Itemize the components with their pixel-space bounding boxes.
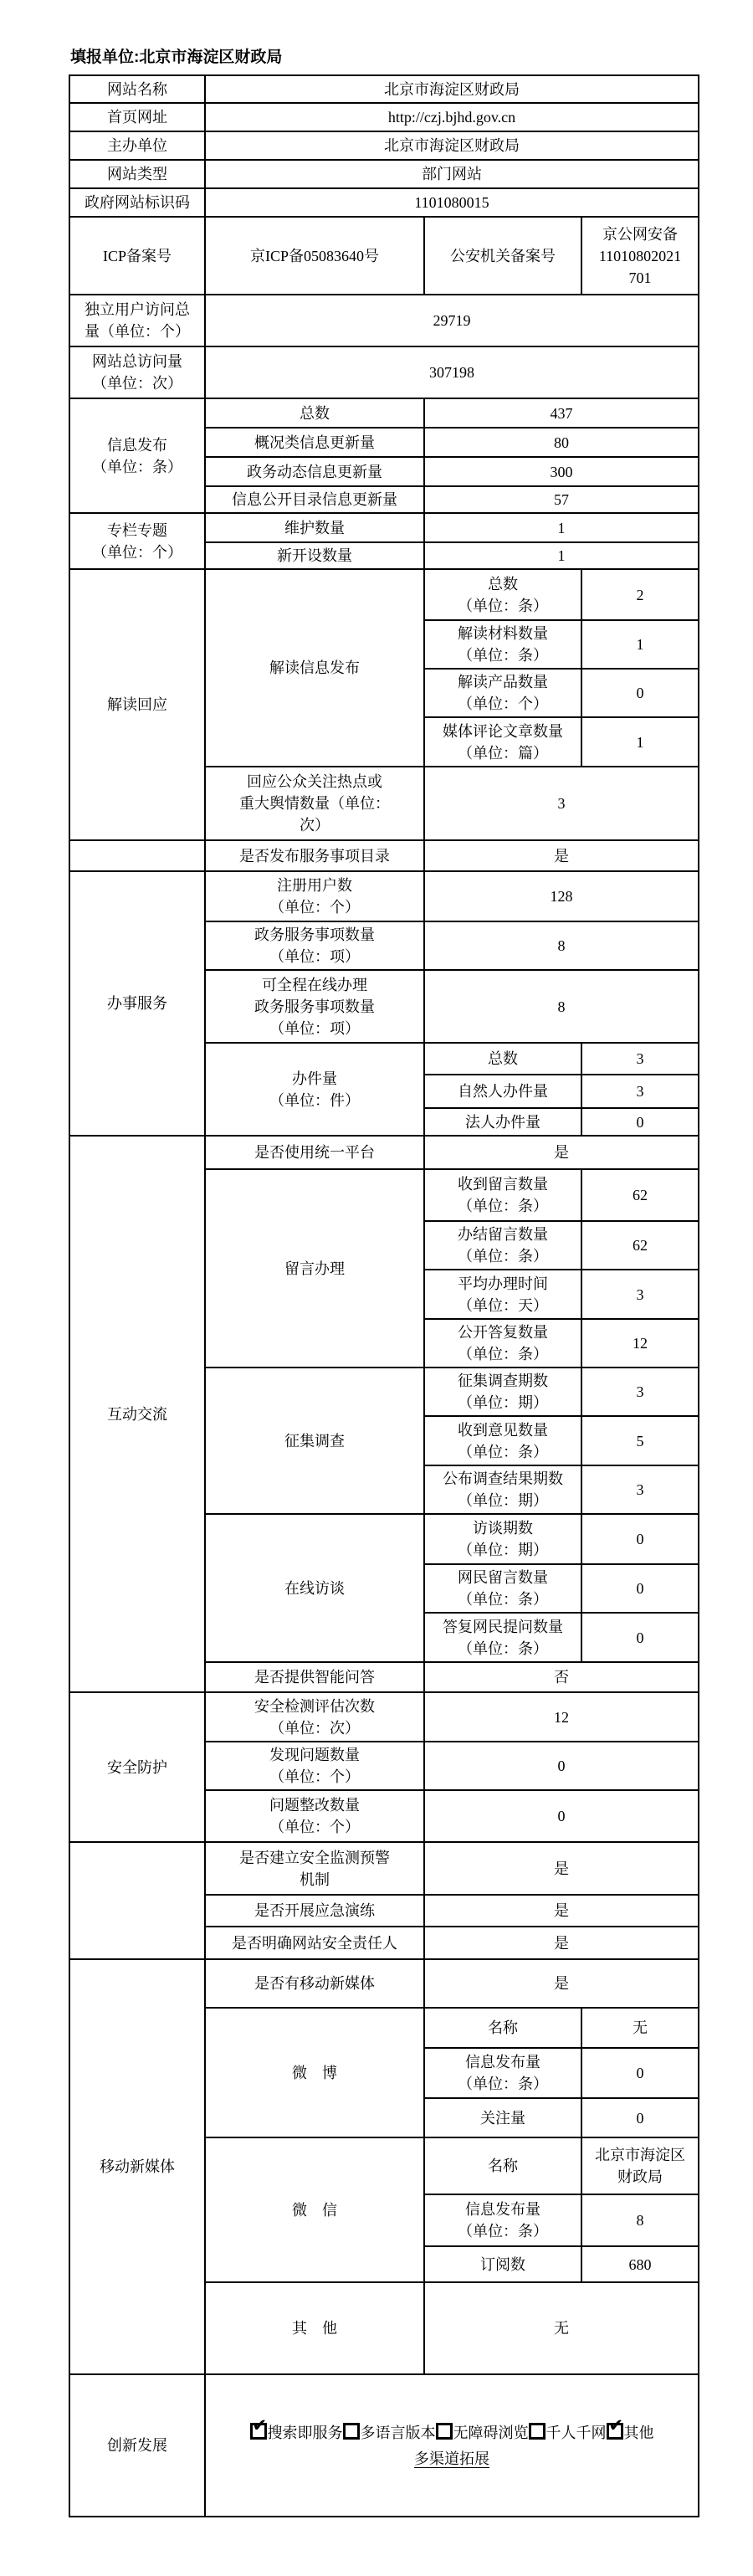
metric-label-cell: 征集调查期数 （单位：期） [424,1368,581,1416]
innovation-options: ✔搜索即服务多语言版本无障碍浏览千人千网✔其他 多渠道拓展 [209,2400,694,2491]
metric-value-cell: 12 [424,1692,699,1742]
innovation-option-label: 无障碍浏览 [453,2425,529,2441]
metric-value-cell: 437 [424,398,699,428]
metric-value-cell: 是 [424,1927,699,1959]
metric-label-cell: 收到留言数量 （单位：条） [424,1169,581,1221]
metric-value-cell: 3 [581,1368,699,1416]
metric-label-cell: 解读材料数量 （单位：条） [424,620,581,669]
innovation-option-label: 其他 [624,2425,654,2441]
metric-label-cell: 是否开展应急演练 [205,1895,424,1927]
metric-value-cell: 无 [424,2282,699,2374]
metric-value-cell: 是 [424,1842,699,1895]
annual-report-table: 网站名称 北京市海淀区财政局 首页网址 http://czj.bjhd.gov.… [69,74,699,2517]
sponsor-label-cell: 主办单位 [69,131,205,160]
metric-label-cell: 是否有移动新媒体 [205,1959,424,2008]
check-mark: ✔ [253,2417,268,2435]
metric-value-cell: 80 [424,428,699,457]
metric-value-cell: 3 [424,767,699,840]
metric-label-cell: 访谈期数 （单位：期） [424,1514,581,1564]
metric-label-cell: 办结留言数量 （单位：条） [424,1221,581,1270]
innovation-option: 多语言版本 [343,2425,436,2441]
innovation-option: 千人千网 [529,2425,607,2441]
metric-label-cell: 问题整改数量 （单位：个） [205,1790,424,1842]
metric-label-cell: 是否发布服务事项目录 [205,840,424,871]
home-url-label-cell: 首页网址 [69,103,205,131]
metric-value-cell: 0 [424,1790,699,1842]
icp-value-cell: 京ICP备05083640号 [205,217,424,295]
metric-label-cell: 信息发布量 （单位：条） [424,2048,581,2098]
metric-label-cell: 收到意见数量 （单位：条） [424,1416,581,1465]
services-cases-group-cell: 办件量 （单位：件） [205,1043,424,1136]
table-row: 网站总访问量 （单位：次） 307198 [69,346,699,398]
table-row: 网站类型 部门网站 [69,160,699,188]
interaction-interviews-group-cell: 在线访谈 [205,1514,424,1662]
metric-label-cell: 发现问题数量 （单位：个） [205,1742,424,1790]
innovation-option-label: 千人千网 [546,2425,607,2441]
metric-value-cell: 8 [424,921,699,970]
metric-value-cell: 是 [424,1959,699,2008]
table-row: 信息发布 （单位：条） 总数 437 [69,398,699,428]
report-unit-title: 填报单位:北京市海淀区财政局 [70,49,753,67]
icp-label-cell: ICP备案号 [69,217,205,295]
innovation-option-label: 多语言版本 [361,2425,436,2441]
section-mobile-media: 移动新媒体 [69,1959,205,2374]
report-page: 填报单位:北京市海淀区财政局 网站名称 北京市海淀区财政局 首页网址 http:… [0,0,753,2576]
section-interpretation: 解读回应 [69,569,205,840]
metric-value-cell: 62 [581,1169,699,1221]
metric-label-cell: 信息公开目录信息更新量 [205,486,424,513]
metric-value-cell: 2 [581,569,699,620]
unique-visitors-value-cell: 29719 [205,295,699,346]
checkbox-icon [436,2423,453,2440]
metric-value-cell: 是 [424,1136,699,1169]
metric-value-cell: 3 [581,1043,699,1075]
site-code-value-cell: 1101080015 [205,188,699,217]
table-row: 专栏专题 （单位：个） 维护数量 1 [69,513,699,542]
metric-value-cell: 0 [581,1613,699,1662]
metric-value-cell: 1 [581,717,699,767]
table-row: 政府网站标识码 1101080015 [69,188,699,217]
metric-label-cell: 回应公众关注热点或 重大舆情数量（单位： 次） [205,767,424,840]
metric-value-cell: 0 [424,1742,699,1790]
innovation-options-cell: ✔搜索即服务多语言版本无障碍浏览千人千网✔其他 多渠道拓展 [205,2374,699,2517]
metric-value-cell: 0 [581,669,699,717]
table-row: 解读回应 解读信息发布 总数 （单位：条） 2 [69,569,699,620]
table-row: 互动交流 是否使用统一平台 是 [69,1136,699,1169]
metric-value-cell: 0 [581,2098,699,2137]
metric-label-cell: 公布调查结果期数 （单位：期） [424,1465,581,1514]
table-row: 创新发展 ✔搜索即服务多语言版本无障碍浏览千人千网✔其他 多渠道拓展 [69,2374,699,2517]
metric-value-cell: 3 [581,1075,699,1108]
metric-label-cell: 网民留言数量 （单位：条） [424,1564,581,1613]
metric-value-cell: 5 [581,1416,699,1465]
checkbox-icon [343,2423,360,2440]
metric-label-cell: 总数 [205,398,424,428]
metric-value-cell: 是 [424,1895,699,1927]
section-info-release: 信息发布 （单位：条） [69,398,205,513]
metric-label-cell: 名称 [424,2137,581,2194]
section-innovation: 创新发展 [69,2374,205,2517]
site-name-label-cell: 网站名称 [69,75,205,103]
metric-label-cell: 新开设数量 [205,542,424,569]
sponsor-value-cell: 北京市海淀区财政局 [205,131,699,160]
metric-value-cell: 680 [581,2246,699,2282]
unique-visitors-label-cell: 独立用户访问总 量（单位：个） [69,295,205,346]
metric-value-cell: 否 [424,1662,699,1692]
police-record-label-cell: 公安机关备案号 [424,217,581,295]
metric-label-cell: 注册用户数 （单位：个） [205,871,424,921]
metric-value-cell: 是 [424,840,699,871]
metric-label-cell: 政务动态信息更新量 [205,457,424,486]
table-row: 移动新媒体 是否有移动新媒体 是 [69,1959,699,2008]
metric-label-cell: 总数 （单位：条） [424,569,581,620]
metric-value-cell: 3 [581,1270,699,1319]
metric-label-cell: 答复网民提问数量 （单位：条） [424,1613,581,1662]
table-row: 独立用户访问总 量（单位：个） 29719 [69,295,699,346]
metric-value-cell: 无 [581,2008,699,2048]
section-interaction: 互动交流 [69,1136,205,1692]
metric-value-cell: 0 [581,1564,699,1613]
metric-value-cell: 300 [424,457,699,486]
metric-label-cell: 关注量 [424,2098,581,2137]
metric-value-cell: 3 [581,1465,699,1514]
innovation-option: ✔其他 [607,2425,654,2441]
check-mark: ✔ [609,2417,624,2435]
metric-value-cell: 12 [581,1319,699,1368]
metric-value-cell: 0 [581,1108,699,1136]
metric-label-cell: 信息发布量 （单位：条） [424,2194,581,2246]
metric-label-cell: 自然人办件量 [424,1075,581,1108]
metric-label-cell: 公开答复数量 （单位：条） [424,1319,581,1368]
metric-label-cell: 政务服务事项数量 （单位：项） [205,921,424,970]
metric-label-cell: 平均办理时间 （单位：天） [424,1270,581,1319]
metric-label-cell: 是否明确网站安全责任人 [205,1927,424,1959]
innovation-option: 无障碍浏览 [436,2425,529,2441]
empty-cell [69,840,205,871]
table-row: ICP备案号 京ICP备05083640号 公安机关备案号 京公网安备 1101… [69,217,699,295]
weibo-group-cell: 微 博 [205,2008,424,2137]
metric-label-cell: 安全检测评估次数 （单位：次） [205,1692,424,1742]
interaction-surveys-group-cell: 征集调查 [205,1368,424,1514]
table-row: 首页网址 http://czj.bjhd.gov.cn [69,103,699,131]
interpretation-release-group-cell: 解读信息发布 [205,569,424,767]
table-row: 安全防护 安全检测评估次数 （单位：次） 12 [69,1692,699,1742]
innovation-option-label: 搜索即服务 [268,2425,343,2441]
metric-value-cell: 北京市海淀区 财政局 [581,2137,699,2194]
site-type-value-cell: 部门网站 [205,160,699,188]
metric-label-cell: 可全程在线办理 政务服务事项数量 （单位：项） [205,970,424,1043]
metric-label-cell: 名称 [424,2008,581,2048]
metric-label-cell: 维护数量 [205,513,424,542]
total-visits-label-cell: 网站总访问量 （单位：次） [69,346,205,398]
table-row: 主办单位 北京市海淀区财政局 [69,131,699,160]
section-security: 安全防护 [69,1692,205,1842]
metric-value-cell: 8 [424,970,699,1043]
site-code-label-cell: 政府网站标识码 [69,188,205,217]
metric-label-cell: 订阅数 [424,2246,581,2282]
metric-value-cell: 8 [581,2194,699,2246]
metric-value-cell: 57 [424,486,699,513]
metric-label-cell: 是否建立安全监测预警 机制 [205,1842,424,1895]
metric-label-cell: 媒体评论文章数量 （单位：篇） [424,717,581,767]
metric-value-cell: 0 [581,2048,699,2098]
empty-cell [69,1842,205,1959]
metric-label-cell: 是否提供智能问答 [205,1662,424,1692]
site-type-label-cell: 网站类型 [69,160,205,188]
table-row: 网站名称 北京市海淀区财政局 [69,75,699,103]
checkbox-icon [529,2423,546,2440]
metric-value-cell: 62 [581,1221,699,1270]
table-row: 是否发布服务事项目录 是 [69,840,699,871]
wechat-group-cell: 微 信 [205,2137,424,2282]
innovation-option: ✔搜索即服务 [250,2425,343,2441]
metric-label-cell: 解读产品数量 （单位：个） [424,669,581,717]
metric-value-cell: 1 [581,620,699,669]
interaction-messages-group-cell: 留言办理 [205,1169,424,1368]
police-record-value-cell: 京公网安备 11010802021 701 [581,217,699,295]
checkbox-icon: ✔ [607,2423,623,2440]
section-services: 办事服务 [69,871,205,1136]
metric-label-cell: 法人办件量 [424,1108,581,1136]
metric-label-cell: 其 他 [205,2282,424,2374]
table-row: 办事服务 注册用户数 （单位：个） 128 [69,871,699,921]
metric-label-cell: 是否使用统一平台 [205,1136,424,1169]
section-columns-topics: 专栏专题 （单位：个） [69,513,205,569]
checkbox-icon: ✔ [250,2423,267,2440]
site-name-value-cell: 北京市海淀区财政局 [205,75,699,103]
metric-value-cell: 128 [424,871,699,921]
metric-value-cell: 1 [424,542,699,569]
total-visits-value-cell: 307198 [205,346,699,398]
metric-label-cell: 概况类信息更新量 [205,428,424,457]
metric-label-cell: 总数 [424,1043,581,1075]
metric-value-cell: 1 [424,513,699,542]
metric-value-cell: 0 [581,1514,699,1564]
innovation-other-text: 多渠道拓展 [209,2448,694,2470]
table-row: 是否建立安全监测预警 机制 是 [69,1842,699,1895]
home-url-value-cell: http://czj.bjhd.gov.cn [205,103,699,131]
